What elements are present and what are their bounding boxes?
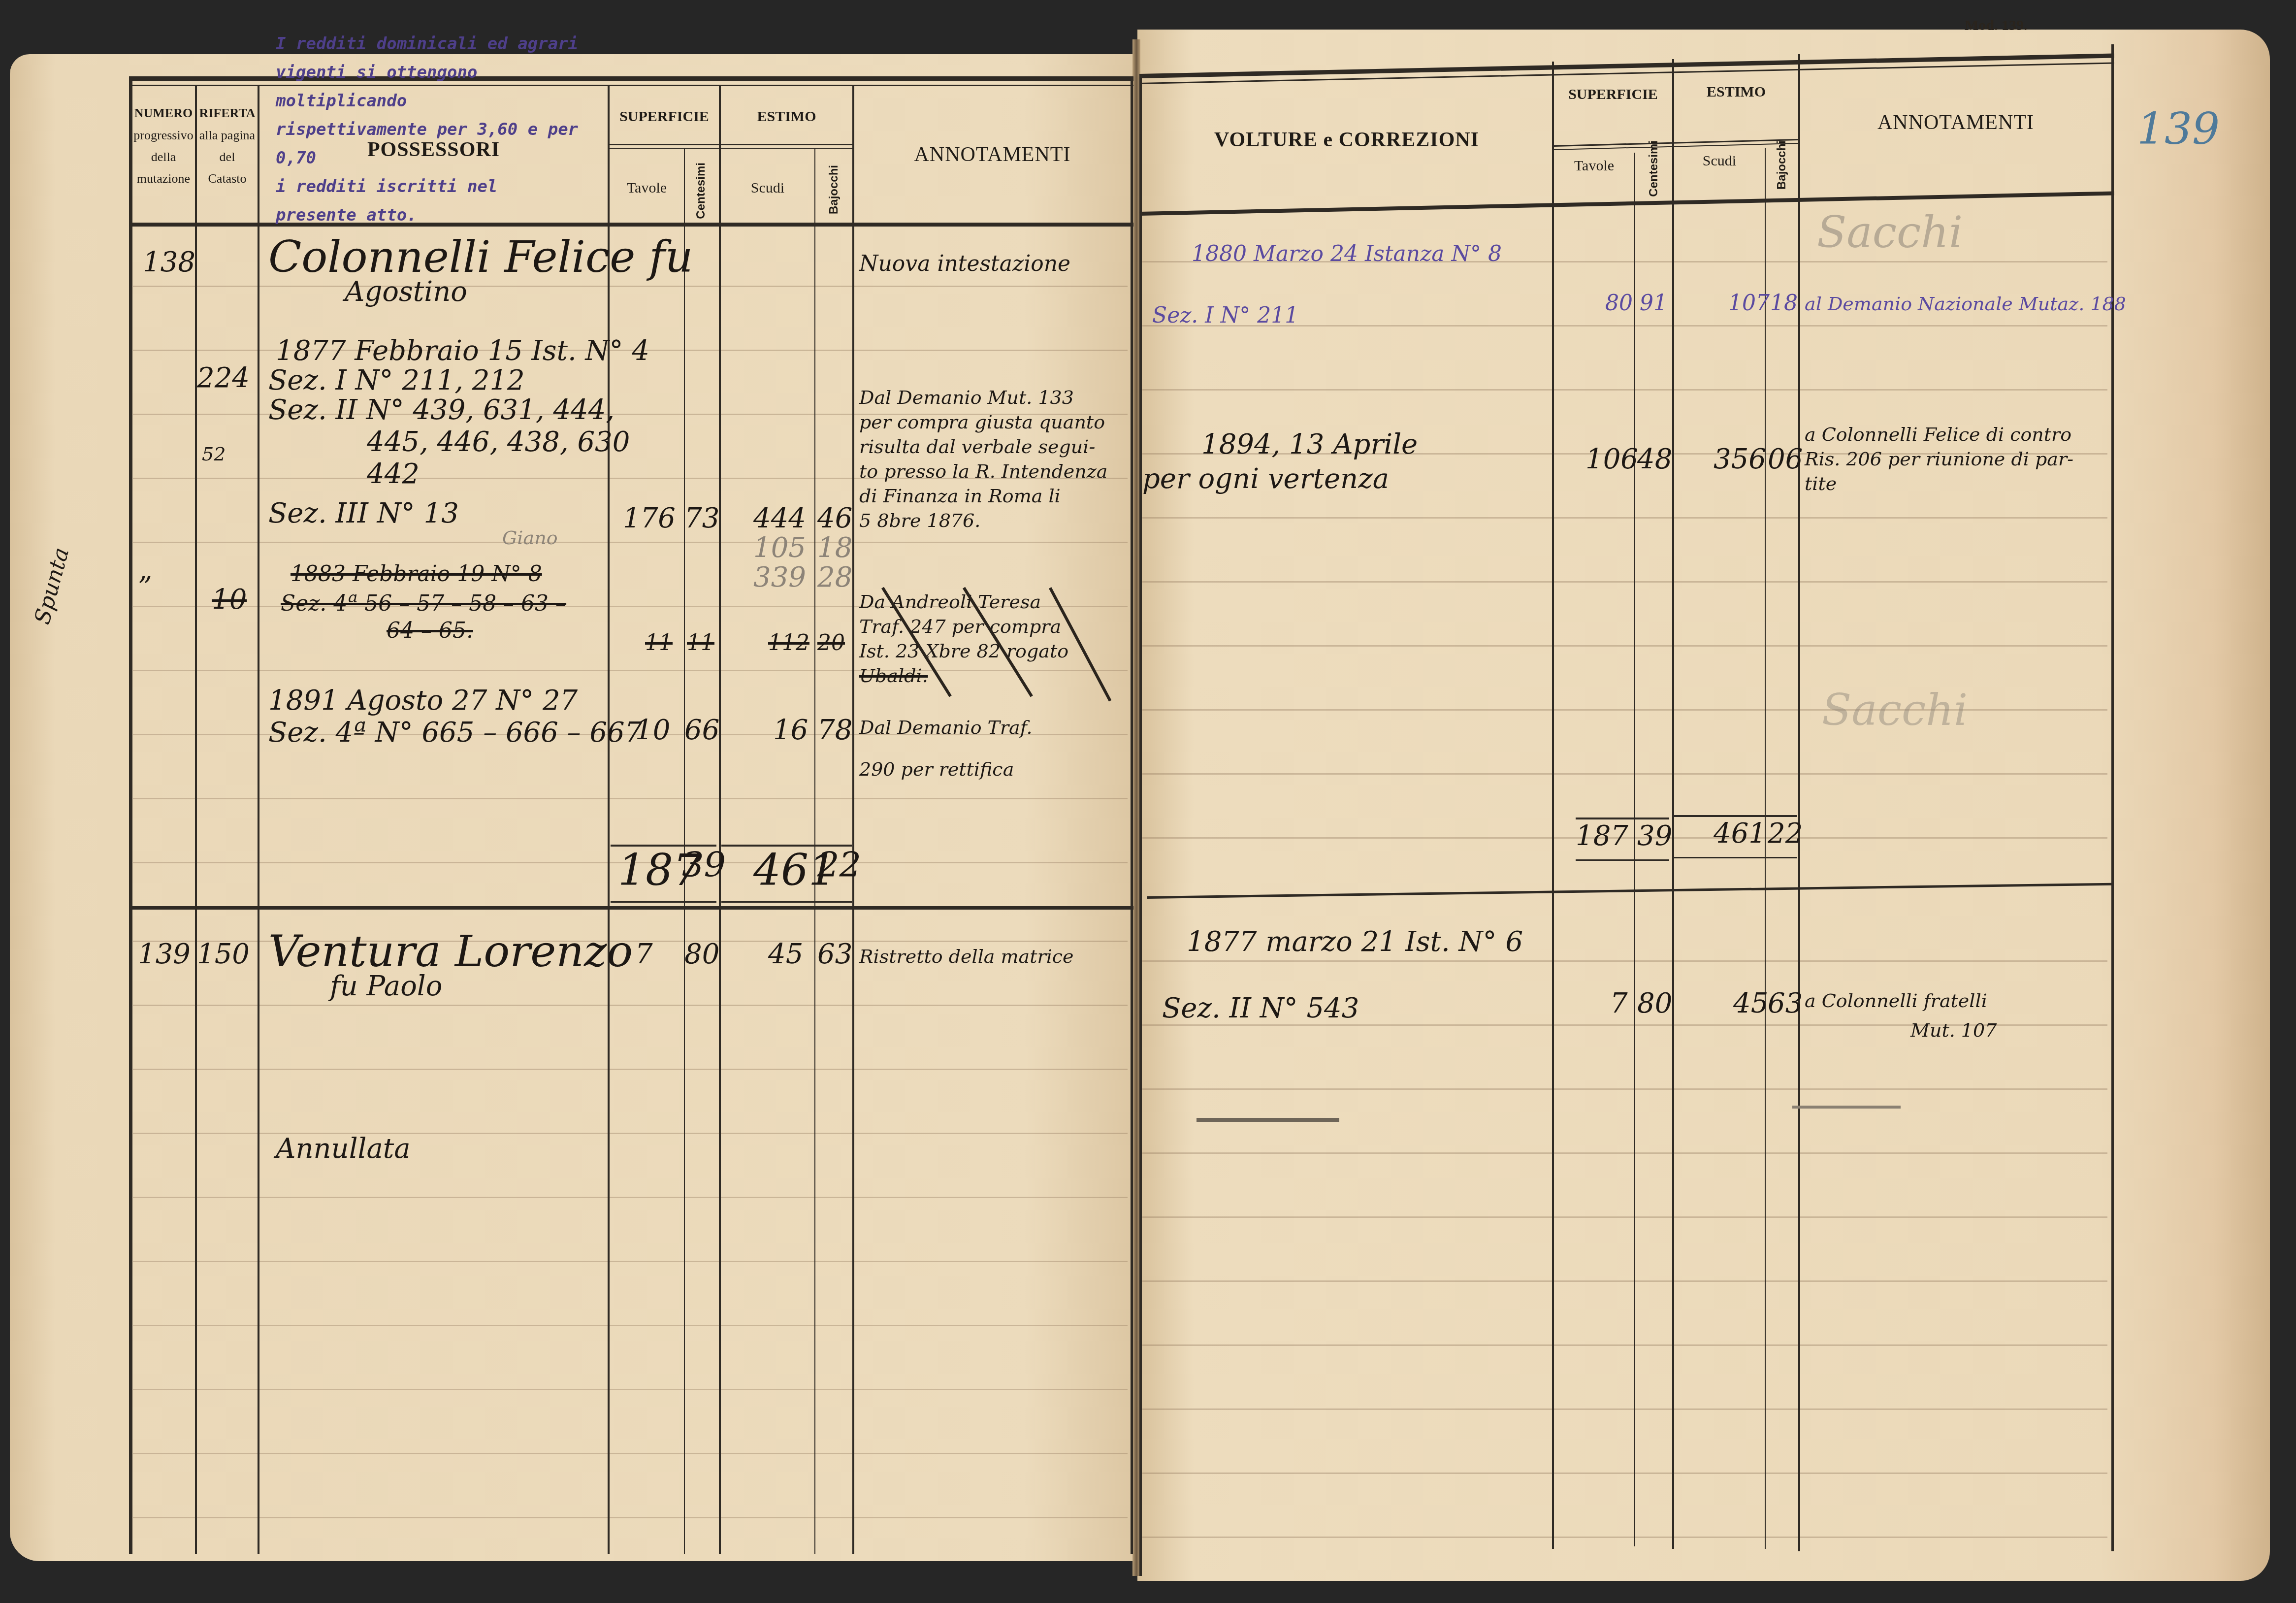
riferta-value: 224: [197, 362, 250, 394]
scudi-value: 356: [1714, 443, 1766, 475]
page-number: 139: [2137, 103, 2220, 154]
tavole-value: 7: [1610, 987, 1628, 1019]
pencil-underline: [1197, 1118, 1339, 1122]
pencil-bajocchi: 18: [817, 532, 852, 564]
centesimi-value: 91: [1640, 291, 1667, 316]
centesimi-value: 48: [1637, 443, 1672, 475]
form-label: Mod. 139.: [1965, 17, 2028, 34]
scudi-value-struck: 112: [768, 630, 809, 655]
centesimi-value: 73: [684, 502, 719, 534]
volture-line: Sez. I N° 211: [1152, 303, 1298, 328]
annotation-line: per compra giusta quanto: [859, 411, 1105, 433]
bajocchi-value: 18: [1770, 291, 1798, 316]
ditto-mark: ”: [138, 571, 152, 603]
header-tavole-right: Tavole: [1554, 158, 1634, 174]
annulled-label: Annullata: [276, 1133, 411, 1165]
pencil-ghost-note: Sacchi: [1822, 685, 1968, 735]
bajocchi-value: 06: [1768, 443, 1803, 475]
possessore-name: Ventura Lorenzo: [268, 926, 633, 977]
possessore-name: Colonnelli Felice fu: [268, 231, 693, 282]
annotation-line: Dal Demanio Traf.: [859, 717, 1033, 738]
pencil-underline: [1792, 1106, 1901, 1109]
mutation-line-struck: 64 – 65.: [387, 618, 473, 643]
tavole-value: 7: [635, 938, 653, 970]
bajocchi-value-struck: 20: [817, 630, 845, 655]
possessore-father: Agostino: [345, 276, 467, 308]
riferta-value: 52: [202, 443, 226, 465]
volture-line: per ogni vertenza: [1142, 463, 1389, 495]
total-centesimi: 39: [1637, 820, 1672, 852]
total-centesimi: 39: [682, 845, 726, 885]
annotation-line: risulta dal verbale segui-: [859, 436, 1095, 458]
annotation-line: di Finanza in Roma li: [859, 485, 1061, 507]
header-annotamenti-left: ANNOTAMENTI: [854, 143, 1131, 166]
mutation-line: 1891 Agosto 27 N° 27: [268, 685, 578, 717]
pencil-bajocchi: 28: [817, 561, 852, 593]
header-bajocchi-right: Bajocchi: [1775, 140, 1789, 190]
entry-number: 139: [138, 938, 191, 970]
pencil-ghost-note: Sacchi: [1817, 207, 1963, 258]
mutation-line-struck: Sez. 4ª 56 – 57 – 58 – 63 –: [281, 591, 566, 616]
tavole-value-struck: 11: [645, 630, 673, 655]
annotation-line: al Demanio Nazionale Mutaz. 188: [1805, 293, 2126, 315]
pencil-scudi: 339: [753, 561, 806, 593]
scudi-value: 45: [768, 938, 803, 970]
centesimi-value: 80: [1637, 987, 1672, 1019]
annotation-line: 5 8bre 1876.: [859, 510, 980, 531]
annotation-line: Mut. 107: [1910, 1019, 1997, 1041]
mutation-line: Sez. II N° 439, 631, 444,: [268, 394, 614, 426]
volture-line: 1880 Marzo 24 Istanza N° 8: [1192, 241, 1502, 266]
header-scudi: Scudi: [721, 180, 814, 196]
annotation-line: tite: [1805, 473, 1837, 494]
annotation-line: Nuova intestazione: [859, 251, 1070, 276]
annotation-line: to presso la R. Intendenza: [859, 460, 1108, 482]
annotation-line-crossed: Ist. 23 Xbre 82 rogato: [859, 640, 1068, 662]
annotation-line: a Colonnelli Felice di contro: [1805, 424, 2071, 445]
header-estimo-right: ESTIMO: [1674, 84, 1798, 100]
volture-line: 1877 marzo 21 Ist. N° 6: [1187, 926, 1523, 958]
header-possessori: POSSESSORI: [259, 138, 608, 162]
centesimi-value: 80: [684, 938, 719, 970]
header-riferta: RIFERTA alla pagina del Catasto: [197, 106, 258, 190]
tavole-value: 10: [635, 714, 670, 746]
bajocchi-value: 46: [817, 502, 852, 534]
total-bajocchi: 22: [1768, 818, 1803, 850]
total-bajocchi: 22: [817, 845, 861, 885]
scudi-value: 107: [1728, 291, 1770, 316]
total-tavole: 187: [1576, 820, 1628, 852]
header-centesimi: Centesimi: [694, 163, 708, 219]
pencil-scudi: 105: [753, 532, 806, 564]
mutation-line: 442: [367, 458, 420, 490]
header-estimo: ESTIMO: [721, 108, 852, 125]
tavole-value: 176: [623, 502, 676, 534]
centesimi-value-struck: 11: [687, 630, 714, 655]
header-volture: VOLTURE e CORREZIONI: [1141, 128, 1552, 152]
bajocchi-value: 78: [817, 714, 852, 746]
riferta-value: 150: [197, 938, 250, 970]
riferta-value-struck: 10: [212, 584, 247, 616]
income-multiplier-stamp: I redditi dominicali ed agrari vigenti s…: [276, 30, 581, 229]
scudi-value: 16: [773, 714, 808, 746]
volture-line: Sez. II N° 543: [1162, 992, 1359, 1024]
scudi-value: 45: [1733, 987, 1768, 1019]
pencil-note: Giano: [502, 527, 558, 549]
header-scudi-right: Scudi: [1674, 153, 1765, 169]
annotation-line-crossed: Traf. 247 per compra: [859, 616, 1061, 637]
mutation-line: Sez. 4ª N° 665 – 666 – 667: [268, 717, 642, 749]
possessore-father: fu Paolo: [330, 970, 442, 1002]
tavole-value: 106: [1585, 443, 1638, 475]
mutation-line: 1877 Febbraio 15 Ist. N° 4: [276, 335, 649, 367]
bajocchi-value: 63: [1768, 987, 1803, 1019]
bajocchi-value: 63: [817, 938, 852, 970]
total-scudi: 461: [1714, 818, 1766, 850]
mutation-line: Sez. III N° 13: [268, 497, 459, 529]
annotation-line: Ristretto della matrice: [859, 946, 1074, 967]
mutation-line: Sez. I N° 211, 212: [268, 364, 525, 396]
tavole-value: 80: [1605, 291, 1633, 316]
mutation-line-struck: 1883 Febbraio 19 N° 8: [291, 561, 542, 587]
centesimi-value: 66: [684, 714, 719, 746]
volture-line: 1894, 13 Aprile: [1201, 428, 1418, 460]
annotation-line: Ris. 206 per riunione di par-: [1805, 448, 2073, 470]
header-centesimi-right: Centesimi: [1647, 140, 1661, 197]
mutation-line: 445, 446, 438, 630: [367, 426, 630, 458]
annotation-line-crossed: Ubaldi.: [859, 665, 928, 687]
header-superficie-right: SUPERFICIE: [1554, 86, 1672, 103]
header-annotamenti-right: ANNOTAMENTI: [1800, 111, 2111, 134]
header-bajocchi: Bajocchi: [827, 165, 841, 214]
annotation-line: 290 per rettifica: [859, 758, 1014, 780]
scudi-value: 444: [753, 502, 806, 534]
header-tavole: Tavole: [610, 180, 684, 196]
header-numero: NUMERO progressivo della mutazione: [132, 106, 195, 190]
annotation-line: Dal Demanio Mut. 133: [859, 387, 1074, 408]
entry-number: 138: [143, 246, 195, 278]
header-superficie: SUPERFICIE: [610, 108, 719, 125]
annotation-line: a Colonnelli fratelli: [1805, 990, 1987, 1012]
